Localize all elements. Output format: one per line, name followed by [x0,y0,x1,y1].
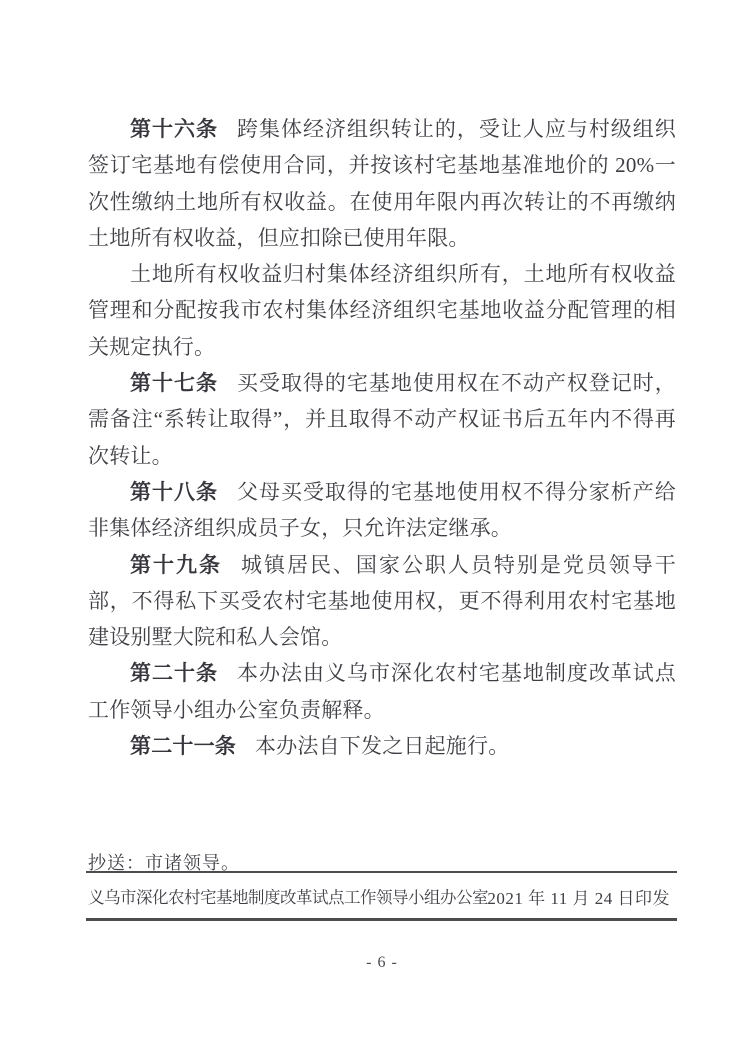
article-paragraph: 第十六条跨集体经济组织转让的，受让人应与村级组织签订宅基地有偿使用合同，并按该村… [88,111,676,256]
document-page: 第十六条跨集体经济组织转让的，受让人应与村级组织签订宅基地有偿使用合同，并按该村… [0,0,733,1041]
article-number: 第二十一条 [130,734,236,758]
page-number: - 6 - [88,954,676,972]
article-paragraph: 第十七条买受取得的宅基地使用权在不动产权登记时，需备注“系转让取得”，并且取得不… [88,365,676,474]
paragraph-text: 本办法自下发之日起施行。 [255,734,509,758]
imprint-row: 义乌市深化农村宅基地制度改革试点工作领导小组办公室 2021 年 11 月 24… [88,884,672,908]
article-number: 第二十条 [130,661,218,685]
article-paragraph: 土地所有权收益归村集体经济组织所有，土地所有权收益管理和分配按我市农村集体经济组… [88,256,676,365]
article-paragraph: 第十八条父母买受取得的宅基地使用权不得分家析产给非集体经济组织成员子女，只允许法… [88,474,676,547]
article-paragraph: 第二十一条本办法自下发之日起施行。 [88,728,676,764]
article-body: 第十六条跨集体经济组织转让的，受让人应与村级组织签订宅基地有偿使用合同，并按该村… [88,111,676,764]
article-number: 第十七条 [130,371,218,395]
issuing-office: 义乌市深化农村宅基地制度改革试点工作领导小组办公室 [88,884,488,908]
paragraph-text: 土地所有权收益归村集体经济组织所有，土地所有权收益管理和分配按我市农村集体经济组… [88,262,676,359]
footer-divider-top [86,871,677,873]
footer-divider-bottom [86,918,677,921]
article-number: 第十六条 [130,117,218,141]
article-paragraph: 第十九条城镇居民、国家公职人员特别是党员领导干部，不得私下买受农村宅基地使用权，… [88,547,676,656]
article-number: 第十八条 [130,480,218,504]
article-number: 第十九条 [130,553,222,577]
print-date: 2021 年 11 月 24 日印发 [487,884,670,909]
article-paragraph: 第二十条本办法由义乌市深化农村宅基地制度改革试点工作领导小组办公室负责解释。 [88,655,676,728]
